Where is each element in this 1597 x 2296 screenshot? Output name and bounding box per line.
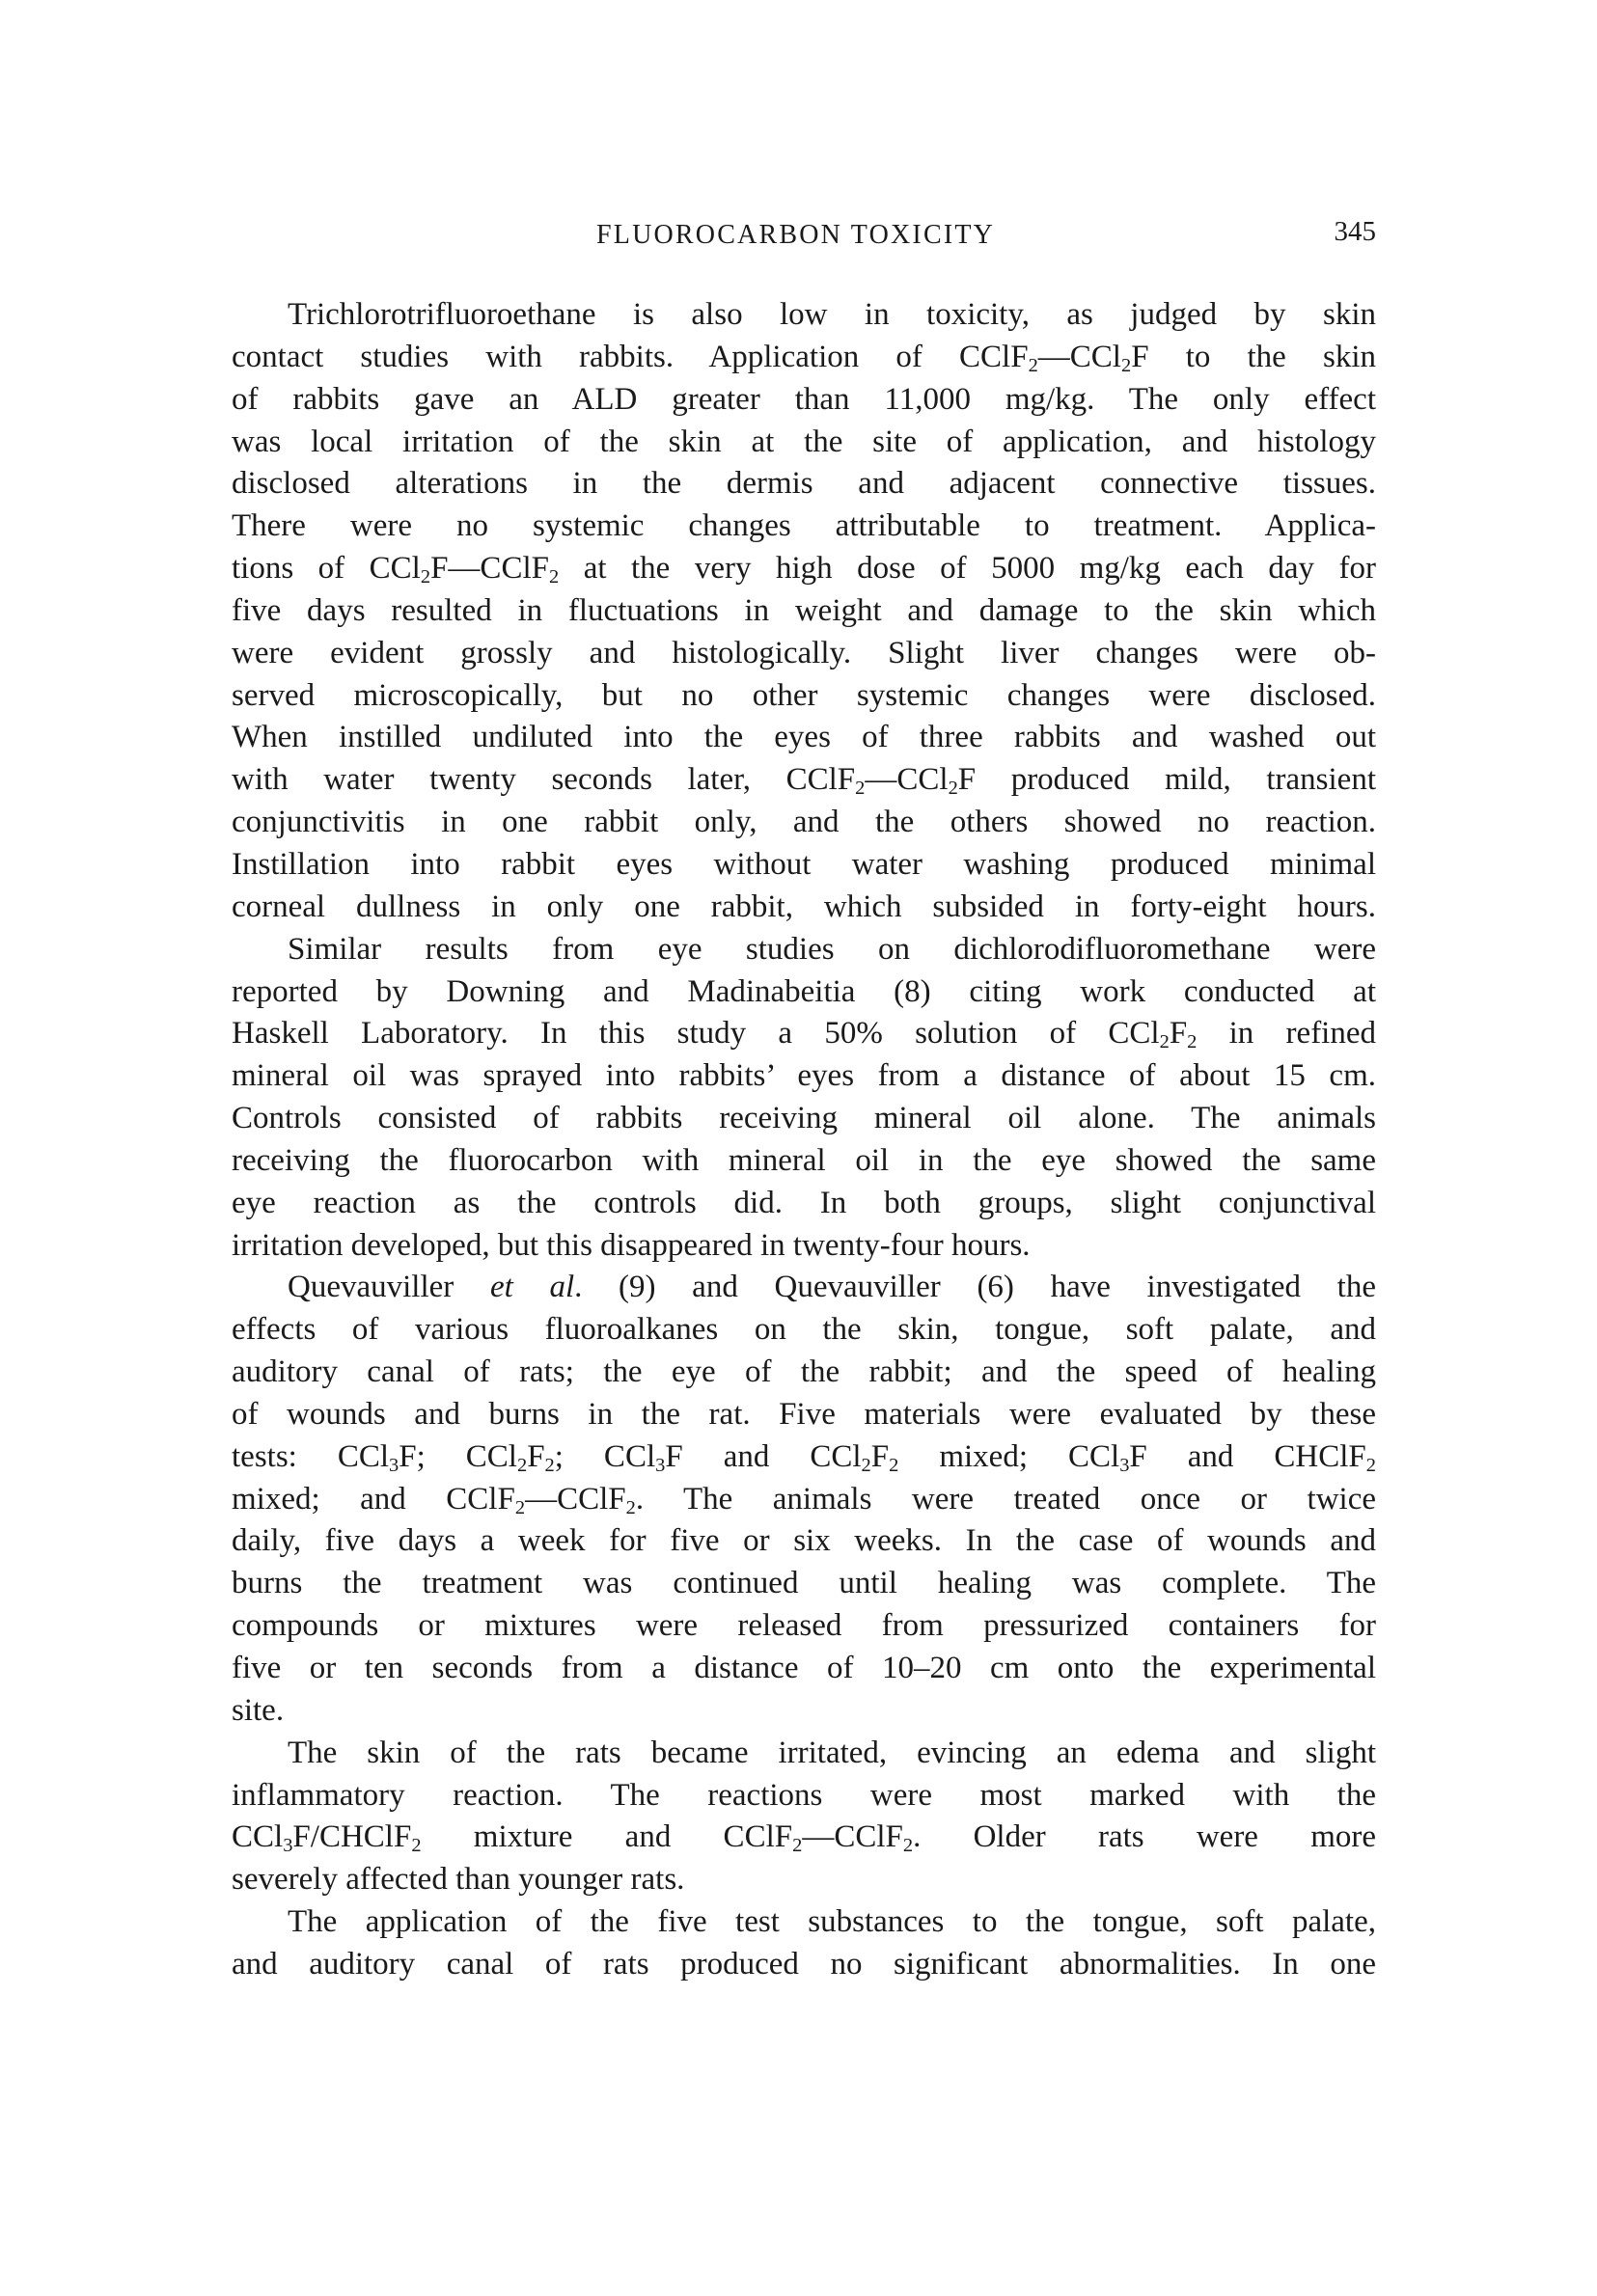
text-line: The application of the five test substan… [232,1901,1376,1944]
text-line: and auditory canal of rats produced no s… [232,1944,1376,1986]
text-line: of wounds and burns in the rat. Five mat… [232,1394,1376,1436]
text-line: mixed; and CClF2—CClF2. The animals were… [232,1479,1376,1521]
text-line: CCl3F/CHClF2 mixture and CClF2—CClF2. Ol… [232,1817,1376,1859]
text-line: effects of various fluoroalkanes on the … [232,1309,1376,1352]
paragraph: The application of the five test substan… [232,1901,1376,1986]
text-line: eye reaction as the controls did. In bot… [232,1183,1376,1225]
text-line: compounds or mixtures were released from… [232,1605,1376,1648]
text-line: mineral oil was sprayed into rabbits’ ey… [232,1055,1376,1098]
text-line: When instilled undiluted into the eyes o… [232,717,1376,759]
text-line: receiving the fluorocarbon with mineral … [232,1140,1376,1183]
text-line: Instillation into rabbit eyes without wa… [232,844,1376,887]
text-line: disclosed alterations in the dermis and … [232,463,1376,506]
text-line: The skin of the rats became irritated, e… [232,1733,1376,1775]
citation-text: . (9) and Quevauviller (6) have investig… [574,1270,1376,1304]
text-line: burns the treatment was continued until … [232,1563,1376,1605]
text-line: corneal dullness in only one rabbit, whi… [232,887,1376,929]
paragraph: Trichlorotrifluoroethane is also low in … [232,294,1376,929]
text-line: tions of CCl2F—CClF2 at the very high do… [232,548,1376,590]
text-line: inflammatory reaction. The reactions wer… [232,1775,1376,1818]
text-line: Similar results from eye studies on dich… [232,929,1376,971]
text-line: contact studies with rabbits. Applicatio… [232,337,1376,379]
text-line: were evident grossly and histologically.… [232,633,1376,675]
text-line: daily, five days a week for five or six … [232,1520,1376,1563]
text-line: irritation developed, but this disappear… [232,1225,1376,1268]
text-line: with water twenty seconds later, CClF2—C… [232,759,1376,802]
text-line: site. [232,1690,1376,1733]
text-line: tests: CCl3F; CCl2F2; CCl3F and CCl2F2 m… [232,1436,1376,1479]
paragraph: Similar results from eye studies on dich… [232,929,1376,1268]
text-line: Trichlorotrifluoroethane is also low in … [232,294,1376,337]
text-line: served microscopically, but no other sys… [232,675,1376,718]
text-line: severely affected than younger rats. [232,1859,1376,1901]
text-line: Haskell Laboratory. In this study a 50% … [232,1013,1376,1055]
paragraph: Quevauviller et al. (9) and Quevauviller… [232,1267,1376,1732]
text-line: There were no systemic changes attributa… [232,506,1376,548]
text-line: five or ten seconds from a distance of 1… [232,1648,1376,1690]
text-line: Controls consisted of rabbits receiving … [232,1098,1376,1140]
text-line: reported by Downing and Madinabeitia (8)… [232,971,1376,1014]
text-line: auditory canal of rats; the eye of the r… [232,1352,1376,1394]
text-line: was local irritation of the skin at the … [232,422,1376,464]
author-name: Quevauviller [288,1270,490,1304]
text-line: five days resulted in fluctuations in we… [232,590,1376,633]
page-number: 345 [1335,214,1377,249]
text-line: conjunctivitis in one rabbit only, and t… [232,802,1376,844]
paragraph: The skin of the rats became irritated, e… [232,1733,1376,1901]
text-line: Quevauviller et al. (9) and Quevauviller… [232,1267,1376,1309]
et-al-italic: et al [490,1270,574,1304]
page-header: FLUOROCARBON TOXICITY 345 [232,218,1376,253]
text-line: of rabbits gave an ALD greater than 11,0… [232,379,1376,422]
body-text: Trichlorotrifluoroethane is also low in … [232,294,1376,1986]
running-title: FLUOROCARBON TOXICITY [596,218,995,253]
